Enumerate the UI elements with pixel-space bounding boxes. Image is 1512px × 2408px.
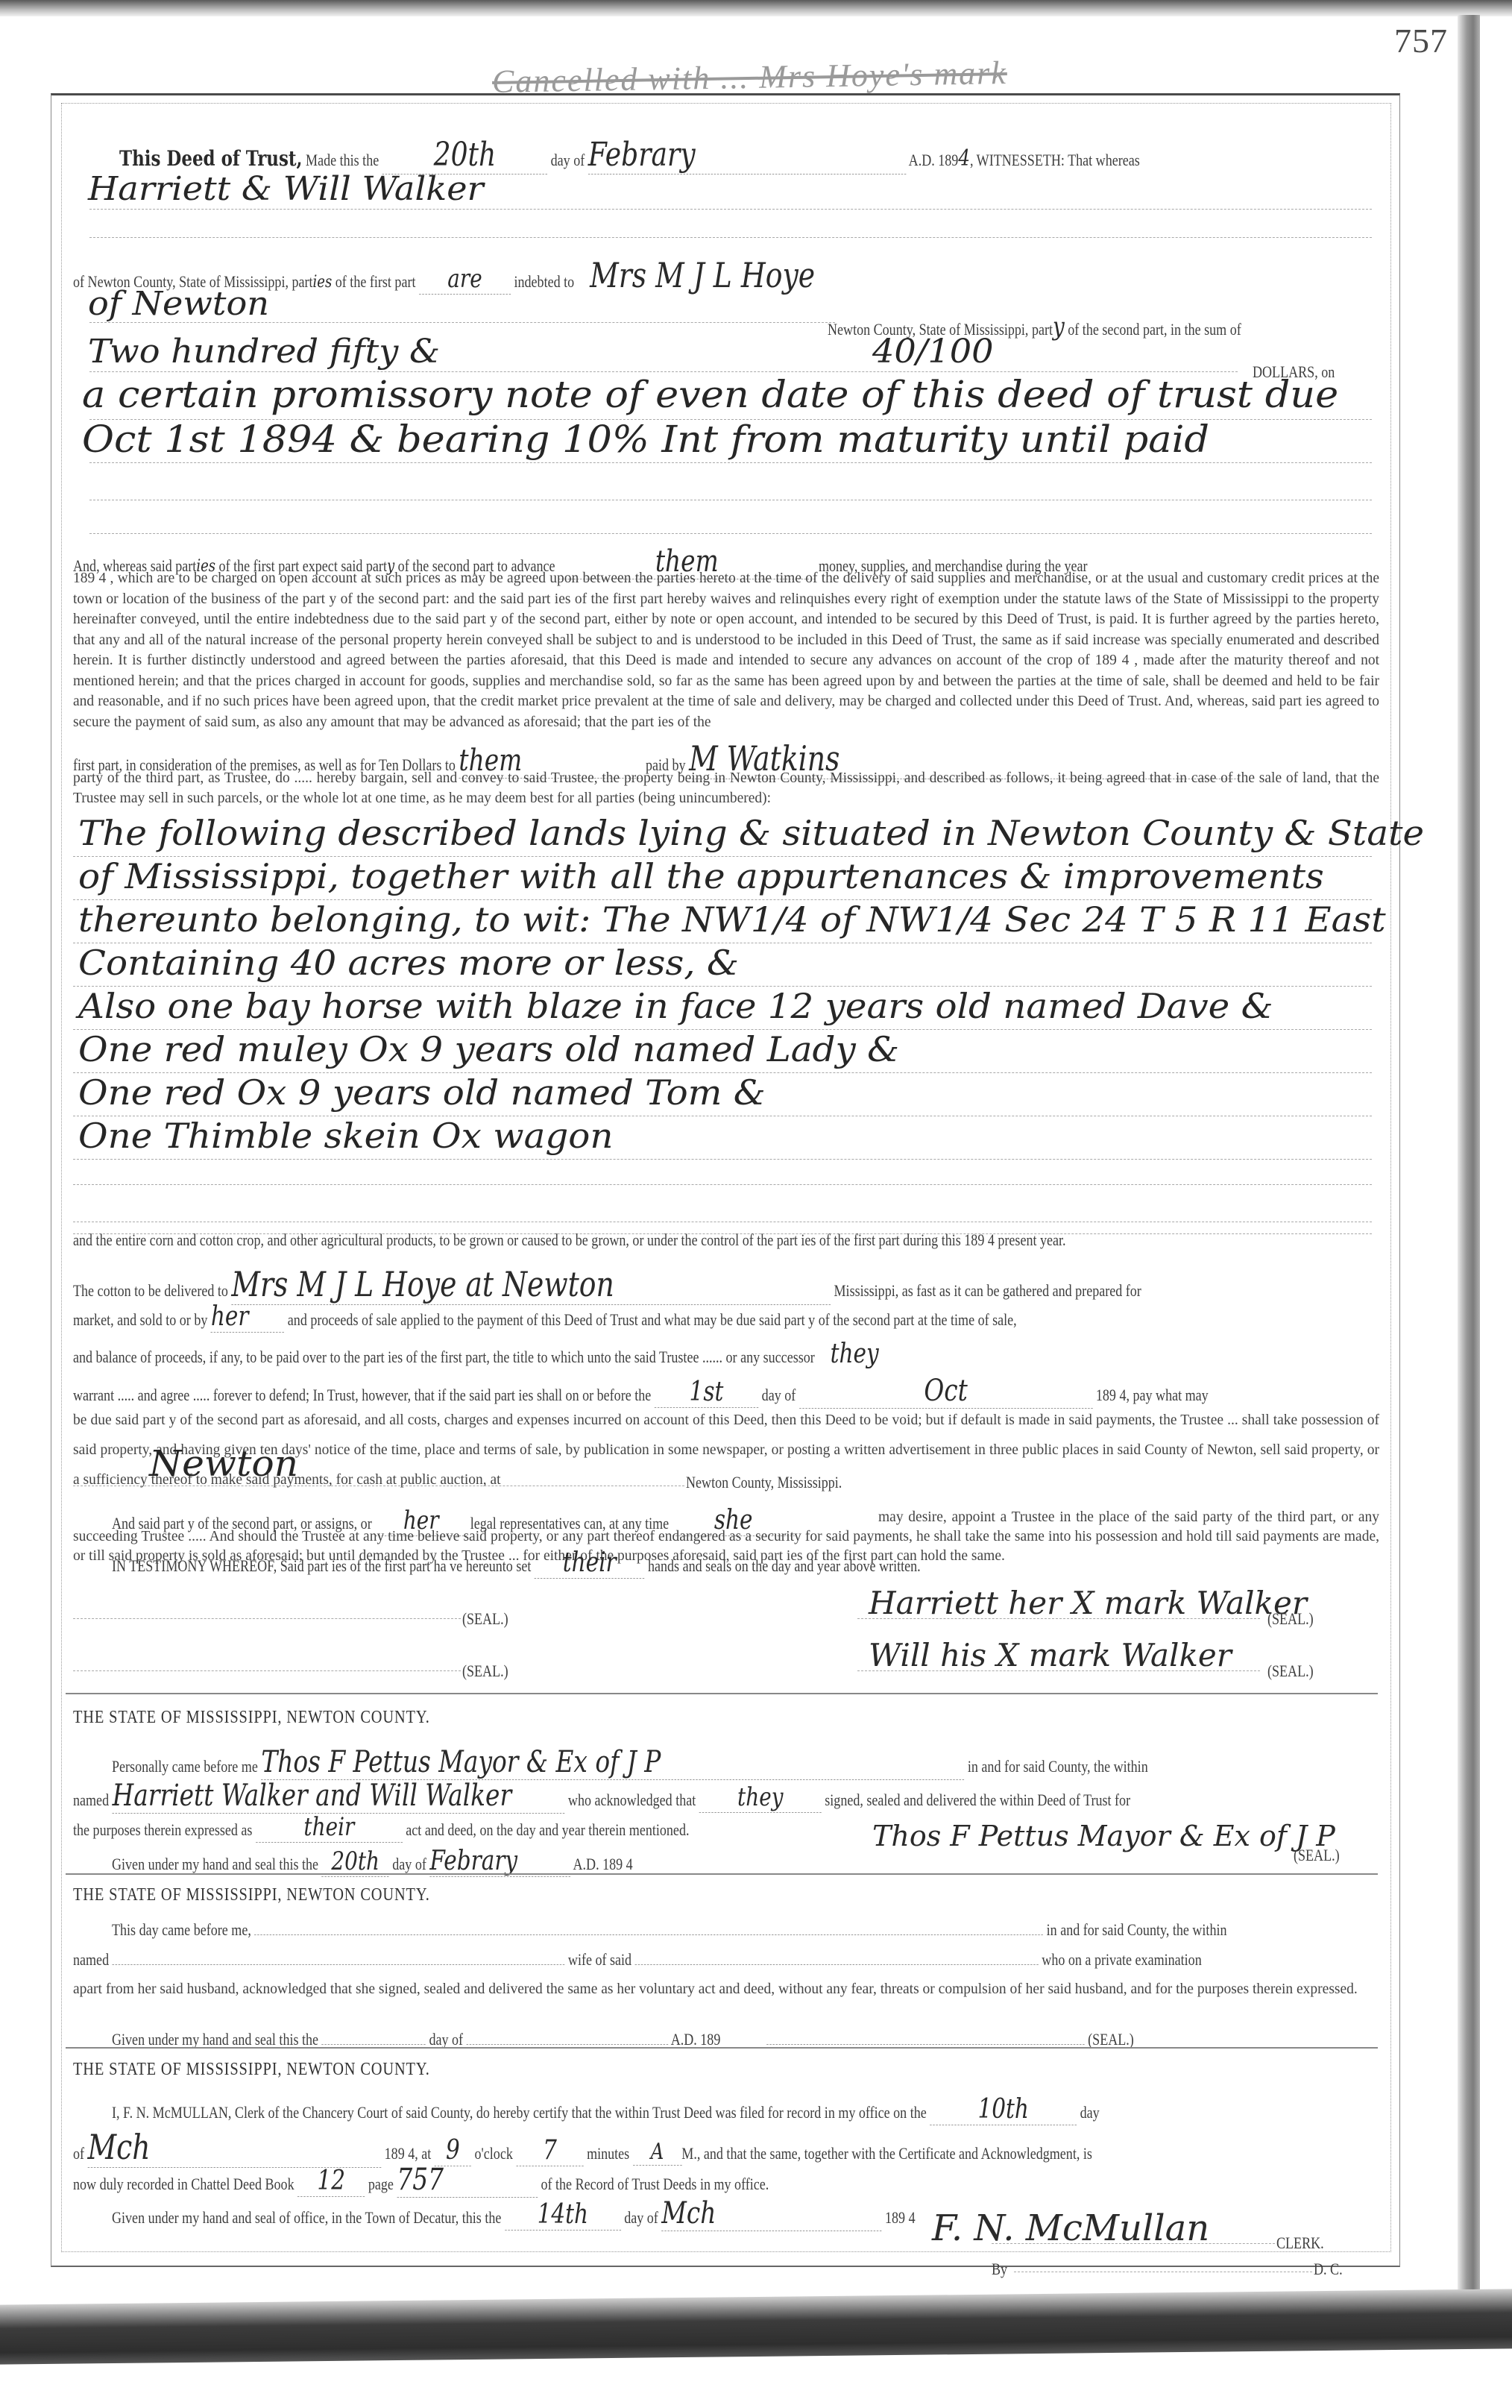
they-value: they: [737, 1782, 783, 1812]
book-value: 12: [317, 2166, 345, 2196]
section-divider: [66, 1873, 1378, 1875]
deputy-line: [1014, 2272, 1312, 2272]
note-line-2: Oct 1st 1894 & bearing 10% Int from matu…: [82, 418, 1209, 461]
clerk-heading: THE STATE OF MISSISSIPPI, NEWTON COUNTY.: [73, 2060, 430, 2080]
text: IN TESTIMONY WHEREOF, Said part ies of t…: [112, 1556, 531, 1575]
officer-field: Thos F Pettus Mayor & Ex of J P: [261, 1745, 964, 1780]
text: Given under my hand and seal this the: [112, 1855, 318, 1873]
note-line-1: a certain promissory note of even date o…: [82, 373, 1338, 416]
due-year: 189 4: [1096, 1386, 1127, 1404]
hour-value: 9: [446, 2135, 460, 2166]
officer-name: Thos F Pettus Mayor & Ex of J P: [261, 1745, 661, 1779]
signature-line: [857, 1618, 1260, 1619]
meridian-value: A: [651, 2139, 664, 2165]
text: hands and seals on the day and year abov…: [648, 1556, 921, 1575]
due-day-field: 1st: [655, 1377, 758, 1408]
text: and balance of proceeds, if any, to be p…: [73, 1348, 815, 1366]
balance-line: and balance of proceeds, if any, to be p…: [73, 1339, 879, 1369]
text: A.D. 189 4: [573, 1855, 632, 1873]
month-value: Febrary: [588, 136, 696, 174]
creditor-location: of Newton: [88, 285, 269, 323]
filed-day-field: 10th: [930, 2094, 1077, 2125]
their-field: their: [256, 1812, 403, 1843]
made-this-label: Made this the: [306, 151, 379, 169]
ack-2-body: apart from her said husband, acknowledge…: [73, 1978, 1379, 2002]
ack-2-heading: THE STATE OF MISSISSIPPI, NEWTON COUNTY.: [73, 1885, 430, 1905]
crops-line: and the entire corn and cotton crop, and…: [73, 1230, 1066, 1250]
ack-1-purposes: the purposes therein expressed as their …: [73, 1812, 689, 1843]
blank-field: [635, 1964, 1039, 1965]
due-month-field: Oct: [799, 1374, 1093, 1409]
text: day: [1080, 2103, 1100, 2122]
text: who acknowledged that: [568, 1791, 696, 1809]
text: market, and sold to or by: [73, 1310, 207, 1329]
day-value: 20th: [331, 1846, 379, 1876]
text: The cotton to be delivered to: [73, 1281, 228, 1300]
rule: [89, 500, 1372, 500]
delivered-to-value: Mrs M J L Hoye at Newton: [231, 1264, 614, 1304]
clerk-line-1: I, F. N. McMULLAN, Clerk of the Chancery…: [112, 2094, 1100, 2125]
text: M., and that the same, together with the…: [681, 2144, 1092, 2163]
sold-line: market, and sold to or by her and procee…: [73, 1301, 1017, 1333]
seal-label: (SEAL.): [1267, 1662, 1314, 1681]
rule: [89, 209, 1372, 210]
seal-label: (SEAL.): [1294, 1846, 1340, 1865]
property-line: The following described lands lying & si…: [78, 813, 1424, 853]
clerk-line-4: Given under my hand and seal of office, …: [112, 2196, 916, 2231]
given-month-value: Mch: [661, 2196, 716, 2231]
signature-line: [992, 2243, 1275, 2244]
page-field: 757: [397, 2163, 538, 2198]
witnesseth: , WITNESSETH: That whereas: [970, 151, 1140, 169]
text: day of: [392, 1855, 426, 1873]
month-field: Febrary: [588, 136, 906, 175]
text: o'clock: [475, 2144, 513, 2163]
testimony-line: IN TESTIMONY WHEREOF, Said part ies of t…: [112, 1547, 921, 1579]
signature-line: [857, 1670, 1260, 1671]
minutes-field: 7: [516, 2135, 583, 2166]
rule: [89, 237, 1372, 238]
text: day of: [429, 2030, 463, 2049]
blank-field: [467, 2044, 669, 2045]
year: 189 4: [885, 2208, 916, 2227]
hour-field: 9: [435, 2135, 471, 2166]
their-value: their: [303, 1812, 354, 1842]
they-field: they: [699, 1782, 822, 1813]
rule: [89, 371, 1238, 372]
seal-label: (SEAL.): [462, 1662, 508, 1681]
ack-1-given: Given under my hand and seal this the 20…: [112, 1846, 633, 1877]
part-suffix-2: y: [1053, 312, 1065, 342]
year-label: A.D. 189: [909, 151, 959, 169]
text: A.D. 189: [671, 2030, 721, 2049]
auction-place: Newton: [149, 1443, 298, 1485]
officer-signature: Thos F Pettus Mayor & Ex of J P: [872, 1820, 1335, 1852]
ack-1-heading: THE STATE OF MISSISSIPPI, NEWTON COUNTY.: [73, 1708, 430, 1728]
rule: [73, 1159, 1372, 1160]
ack-1-named: named Harriett Walker and Will Walker wh…: [73, 1779, 1130, 1814]
are-field: are: [419, 264, 511, 295]
deed-header: This Deed of Trust, Made this the 20th d…: [119, 136, 1140, 175]
seal-label: (SEAL.): [1267, 1609, 1314, 1629]
delivery-line: The cotton to be delivered to Mrs M J L …: [73, 1264, 1141, 1305]
day-of-label: day of: [551, 151, 585, 169]
seal-label: (SEAL.): [462, 1609, 508, 1629]
day-field: 20th: [322, 1846, 389, 1877]
property-line: thereunto belonging, to wit: The NW1/4 o…: [78, 899, 1386, 940]
are-value: are: [447, 264, 482, 294]
text: act and deed, on the day and year therei…: [406, 1820, 689, 1839]
page-number: 757: [1394, 21, 1448, 60]
text: now duly recorded in Chattel Deed Book: [73, 2175, 294, 2193]
ack-2-named: named wife of said who on a private exam…: [73, 1950, 1202, 1970]
month-field: Mch: [88, 2127, 382, 2168]
text: of: [73, 2144, 84, 2163]
scan-bottom-shadow: [0, 2289, 1512, 2364]
blank-field: [113, 1964, 565, 1965]
signature-line: [73, 1618, 461, 1619]
year-digit: 4: [958, 145, 970, 172]
rule: [89, 462, 1372, 463]
text: warrant ..... and agree ..... forever to…: [73, 1386, 651, 1404]
text: minutes: [587, 2144, 629, 2163]
indebted-label: indebted to: [514, 272, 575, 291]
text: Given under my hand and seal this the: [112, 2030, 318, 2049]
book-field: 12: [297, 2166, 365, 2197]
named-field: Harriett Walker and Will Walker: [113, 1779, 565, 1814]
year: 189 4: [385, 2144, 415, 2163]
deed-title: This Deed of Trust,: [119, 146, 303, 171]
day-value: 20th: [434, 136, 497, 174]
auction-county: Newton County, Mississippi.: [686, 1473, 842, 1492]
text: , at: [415, 2144, 431, 2163]
advances-body: 189 4 , which are to be charged on open …: [73, 568, 1379, 732]
text: the purposes therein expressed as: [73, 1820, 252, 1839]
text: Mississippi, as fast as it can be gather…: [834, 1281, 1141, 1300]
first-part-label: of the first part: [336, 272, 416, 291]
rule: [73, 1184, 1372, 1185]
text: in and for said County, the within: [1047, 1920, 1227, 1939]
text: in and for said County, the within: [968, 1757, 1148, 1776]
amount-words: Two hundred fifty &: [88, 333, 440, 371]
rule: [89, 533, 1372, 534]
day-field: 20th: [382, 136, 547, 175]
page-edge: [1458, 15, 1480, 2312]
text: and proceeds of sale applied to the paym…: [288, 1310, 1017, 1329]
ack-2-came-before: This day came before me, in and for said…: [112, 1920, 1227, 1940]
property-line: Containing 40 acres more or less, &: [78, 943, 739, 983]
due-day-value: 1st: [690, 1377, 724, 1407]
convey-text: party of the third part, as Trustee, do …: [73, 768, 1379, 808]
month-value: Febrary: [429, 1846, 517, 1876]
signature-will-walker: Will his X mark Walker: [869, 1637, 1232, 1673]
text: Given under my hand and seal of office, …: [112, 2208, 501, 2227]
given-day-value: 14th: [538, 2199, 588, 2230]
property-line: Also one bay horse with blaze in face 12…: [78, 986, 1273, 1026]
delivered-to-field: Mrs M J L Hoye at Newton: [231, 1264, 831, 1305]
blank-field: [766, 2044, 1084, 2045]
meridian-field: A: [633, 2139, 682, 2166]
deputy-clerk-label: D. C.: [1314, 2260, 1343, 2279]
text: of the Record of Trust Deeds in my offic…: [541, 2175, 769, 2193]
text: who on a private examination: [1042, 1950, 1201, 1969]
text: day of: [624, 2208, 658, 2227]
they-value: they: [831, 1339, 879, 1369]
property-line: of Mississippi, together with all the ap…: [78, 856, 1324, 896]
month-field: Febrary: [429, 1846, 570, 1877]
filed-day-value: 10th: [977, 2094, 1028, 2125]
text: , pay what may: [1126, 1386, 1208, 1404]
given-month-field: Mch: [661, 2196, 881, 2231]
signature-harriett-walker: Harriett her X mark Walker: [869, 1585, 1307, 1621]
by-label: By: [992, 2260, 1007, 2279]
property-line: One red muley Ox 9 years old named Lady …: [78, 1029, 899, 1069]
rule: [73, 1222, 1372, 1222]
section-divider: [66, 2047, 1378, 2049]
month-value: Mch: [88, 2127, 151, 2167]
due-month-value: Oct: [924, 1374, 967, 1408]
clerk-line-3: now duly recorded in Chattel Deed Book 1…: [73, 2163, 769, 2198]
clerk-label: CLERK.: [1276, 2233, 1324, 2253]
blank-field: [254, 1934, 1043, 1935]
scan-top-shadow: [0, 0, 1512, 16]
creditor-name: Mrs M J L Hoye: [590, 255, 815, 295]
text: named: [73, 1950, 109, 1969]
text: day of: [762, 1386, 796, 1404]
text: named: [73, 1791, 109, 1809]
given-day-field: 14th: [505, 2199, 621, 2231]
text: This day came before me,: [112, 1920, 251, 1939]
their-value: their: [563, 1547, 617, 1578]
blank-field: [322, 2044, 426, 2045]
ack-1-came-before: Personally came before me Thos F Pettus …: [112, 1745, 1148, 1780]
warrant-line: warrant ..... and agree ..... forever to…: [73, 1374, 1209, 1409]
rule: [73, 1486, 684, 1486]
grantors: Harriett & Will Walker: [88, 170, 484, 208]
section-divider: [66, 1693, 1378, 1694]
text: page: [368, 2175, 394, 2193]
their-field: their: [535, 1547, 645, 1579]
signature-line: [73, 1670, 461, 1671]
text: I, F. N. McMULLAN, Clerk of the Chancery…: [112, 2103, 927, 2122]
minutes-value: 7: [543, 2135, 557, 2166]
part-suffix: ies: [313, 273, 333, 292]
text: wife of said: [568, 1950, 631, 1969]
sold-by-field: her: [211, 1301, 284, 1333]
text: signed, sealed and delivered the within …: [825, 1791, 1130, 1809]
property-line: One Thimble skein Ox wagon: [78, 1116, 614, 1156]
text: Personally came before me: [112, 1757, 258, 1776]
rule: [89, 322, 835, 323]
page-value: 757: [397, 2163, 444, 2197]
second-part-label: of the second part, in the sum of: [1068, 320, 1241, 339]
seal-label: (SEAL.): [1088, 2030, 1134, 2049]
property-line: One red Ox 9 years old named Tom &: [78, 1072, 766, 1113]
clerk-line-2: of Mch 189 4, at 9 o'clock 7 minutes AM.…: [73, 2127, 1092, 2168]
sold-by-value: her: [211, 1301, 249, 1332]
amount-cents: 40/100: [872, 333, 994, 371]
named-value: Harriett Walker and Will Walker: [113, 1779, 512, 1813]
